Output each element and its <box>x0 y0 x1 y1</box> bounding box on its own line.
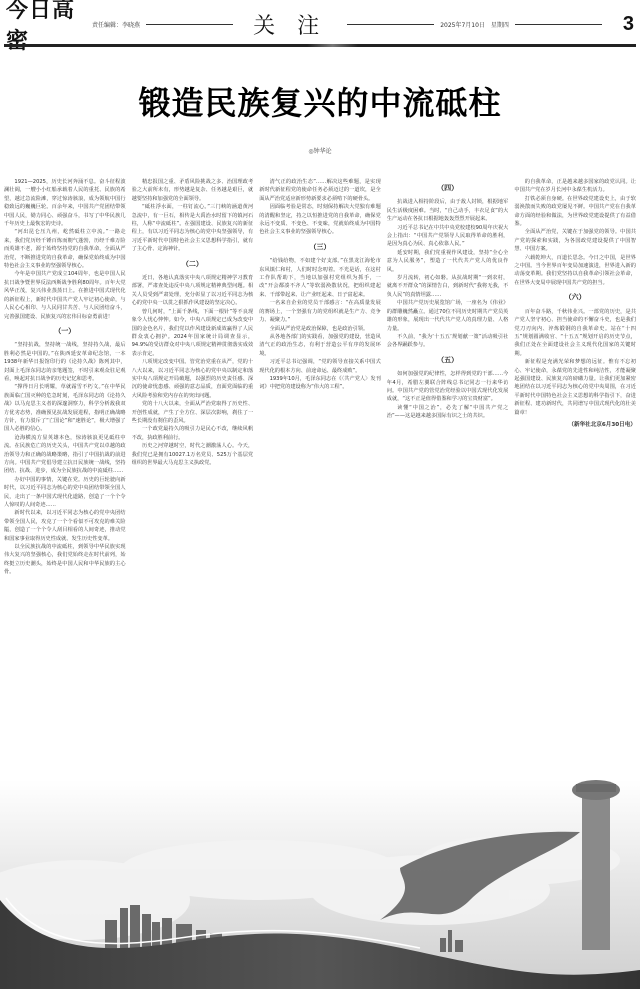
article-body: 1921—2025，历史长河奔涌不息。奋斗征程波澜壮阔，一艘小小红船承载着人民的… <box>4 178 636 798</box>
section-title: 关注 <box>239 9 341 40</box>
paragraph: 读懂“中国之治”，必先了解“中国共产党之治”——这是越来越多国际有识之士的共识。 <box>387 404 509 421</box>
paragraph: “坚持抗战，坚持统一战线，坚持持久战，最后胜利必然是中国的。”在陕西延安革命纪念… <box>4 341 126 383</box>
paragraph: 从各地各部门的实践看，加强党的建设，营造风清气正的政治生态，有利于营造公平有序的… <box>259 333 381 358</box>
paragraph: 的自我革命，正是越来越多国家的政党认同。让中国共产党在岁月长河中永葆生机活力。 <box>514 178 636 195</box>
paragraph: 历史之河穿越时空，时代之潮激荡人心。今天，我们党已是拥有10027.1万名党员、… <box>132 442 254 467</box>
paragraph: 习近平总书记强调，“党的领导直接关系中国式现代化的根本方向、前途命运、最终成败”… <box>259 358 381 375</box>
paragraph: 因面临考验是常态，时刻保持解决大党独有难题的清醒和坚定，持之以恒推进党的自我革命… <box>259 203 381 237</box>
paragraph: 1921—2025，历史长河奔涌不息。奋斗征程波澜壮阔，一艘小小红船承载着人民的… <box>4 178 126 228</box>
paragraph: 1939年10月，毛泽东同志在《〈共产党人〉发刊词》中把党的建设称为“伟大的工程… <box>259 375 381 392</box>
column-5: 的自我革命，正是越来越多国家的政党认同。让中国共产党在岁月长河中永葆生机活力。 … <box>514 178 636 798</box>
paragraph: 全面从严治党，关键在于加强党的领导。中国共产党的探索和实践，为各国政党建设提供了… <box>514 228 636 253</box>
masthead-rule-left <box>146 24 233 25</box>
header-divider <box>4 44 636 47</box>
issue-date: 2025年7月10日 星期四 <box>440 20 509 29</box>
paragraph: 抗战进入相持阶段后，由于敌人封锁，根据地军民生活极度困难。当时，“自己动手，丰衣… <box>387 198 509 223</box>
paragraph: “砥柱浮水面，一柱钉流心。”三门峡的涵道黄河急流中，有一巨石，相传是大禹治水时留… <box>132 203 254 253</box>
column-4: （四） 抗战进入相持阶段后，由于敌人封锁，根据地军民生活极度困难。当时，“自己动… <box>387 178 509 798</box>
section-heading-2: （二） <box>132 260 254 268</box>
paragraph: 八项规定改变中国。管党治党重在从严，党的十八大以来，以习近平同志为核心的党中央以… <box>132 358 254 400</box>
paragraph: 延安时期，我们党重视作风建设，坚持“全心全意为人民服务”，塑造了一代代共产党人的… <box>387 249 509 274</box>
section-heading-1: （一） <box>4 327 126 335</box>
paragraph: 近日，各地认真落实中央八项规定精神学习教育部署，严肃查处违反中央八项规定精神典型… <box>132 274 254 308</box>
paragraph: 百年奋斗路，千秋伟业兴。一部党的历史，是共产党人坚守初心、担当使命的不懈奋斗史，… <box>514 308 636 358</box>
paragraph: “撑得日月长明耀，草就霜雪不朽文。”在中华民族面临亡国灭种的危急时刻，毛泽东同志… <box>4 383 126 433</box>
paragraph: 办好中国的事情，关键在党。历史的巨轮驶向新时代，以习近平同志为核心的党中央团结带… <box>4 476 126 510</box>
masthead-rule-right <box>515 24 602 25</box>
masthead-rule-mid <box>347 24 434 25</box>
skyline-illustration <box>0 780 640 989</box>
column-3: 清气正的政治生态”……解决这些难题，是实现新时代新征程党的使命任务必须迈过的一道… <box>259 178 381 798</box>
paragraph: “河出昆仑压九州，屹然砥柱立中流。”一路走来，我们党历经千锤百炼而朝气蓬勃，历经… <box>4 228 126 270</box>
column-2: 精忠报国之重、矛盾风险挑战之多、治国理政考验之大前所未有，形势越是复杂、任务越是… <box>132 178 254 798</box>
article-headline: 锻造民族复兴的中流砥柱 <box>0 78 640 124</box>
paragraph: “给钱给物，不如建个好支部。”在黑龙江海伦市东风镇仁和村，人们时时念叨着。不光是… <box>259 257 381 299</box>
section-heading-5: （五） <box>387 356 509 364</box>
masthead: 今日高密 责任编辑：李晓燕 关注 2025年7月10日 星期四 3 <box>6 6 634 42</box>
paragraph: 以全民族抗战的中流砥柱，到领导中华民族实现伟大复兴的坚强核心，我们党始终走在时代… <box>4 543 126 577</box>
paragraph: 清气正的政治生态”……解决这些难题，是实现新时代新征程党的使命任务必须迈过的一道… <box>259 178 381 203</box>
paragraph: 一名来自企业的党员干部感言：“在高质量发展的赛场上，一个坚强有力的党组织就是生产… <box>259 299 381 324</box>
paragraph: 曾几何时，“上面千条线，下面一根针”等不良现象令人忧心忡忡。如今，中央八项规定已… <box>132 308 254 358</box>
paragraph: 精忠报国之重、矛盾风险挑战之多、治国理政考验之大前所未有，形势越是复杂、任务越是… <box>132 178 254 203</box>
paragraph: 六载乾坤大，百道长思念。今日之中国，是世界之中国。当今世界百年变局加速演进，世界… <box>514 254 636 288</box>
paragraph: 党的十八大以来，全面从严治党取得了历史性、开创性成就，产生了全方位、深层次影响，… <box>132 400 254 425</box>
section-heading-3: （三） <box>259 243 381 251</box>
section-heading-4: （四） <box>387 184 509 192</box>
paragraph: 岁月流转，初心如磐。从抗战时期“一到农村，就离不开群众”的深情告白，到新时代“我… <box>387 274 509 299</box>
section-heading-6: （六） <box>514 293 636 301</box>
column-1: 1921—2025，历史长河奔涌不息。奋斗征程波澜壮阔，一艘小小红船承载着人民的… <box>4 178 126 798</box>
editor-credit: 责任编辑：李晓燕 <box>92 20 140 29</box>
paragraph: 习近平总书记在中共中央党校建校90周年庆祝大会上指出：“中国共产党领导人民取得革… <box>387 224 509 249</box>
paragraph: 不久前，“我为‘十五五’规划献一策”活动吸引社会各界踊跃参与。 <box>387 333 509 350</box>
page-number: 3 <box>608 13 634 36</box>
paragraph: 如何加强党的纪律性，怎样得到党的干部……今年4月，希腊左翼联合阵线总书记同志一行… <box>387 370 509 404</box>
paragraph: 今年是中国共产党成立104周年，也是中国人民抗日战争暨世界反法西斯战争胜利80周… <box>4 270 126 320</box>
paragraph: 沧海横流方显英雄本色，惊涛骇浪更见砥柱中流。在民族危亡的历史关头，中国共产党以卓… <box>4 434 126 476</box>
paragraph: 全面从严治党是政治保障，也是政治引领。 <box>259 325 381 333</box>
paragraph: 一个政党最持久的吸引力是民心不改，继续风帆不改，执政胜利前行。 <box>132 425 254 442</box>
news-agency-credit: （新华社北京6月30日电） <box>514 421 636 429</box>
paragraph: 打铁必须自身硬。在世界政党建设史上，由于软弱涣散而失败的政党屡见不鲜。中国共产党… <box>514 195 636 229</box>
paragraph: 新征程是充满光荣和梦想的远征。惟有不忘初心、牢记使命，永葆党的先进性和纯洁性，才… <box>514 358 636 417</box>
article-byline: ◎钟华论 <box>0 146 640 155</box>
paragraph: 新时代以来，以习近平同志为核心的党中央团结带领全国人民，攻克了一个个看似不可攻克… <box>4 509 126 543</box>
paragraph: 中国共产党历史展览馆广场，一座名为《伟业》的群雕巍然矗立。通过70位不同历史时期… <box>387 299 509 333</box>
